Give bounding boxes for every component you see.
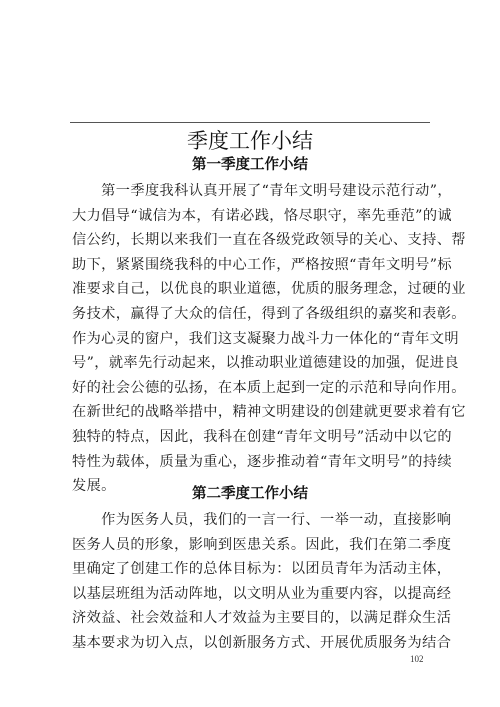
text-line: 特性为载体，质量为重心，逐步推动着“青年文明号”的持续 [72, 450, 430, 475]
text-line: 准要求自己，以优良的职业道德，优质的服务理念，过硬的业 [72, 277, 430, 302]
text-line: 务技术，赢得了大众的信任，得到了各级组织的嘉奖和表彰。 [72, 302, 430, 327]
text-line: 好的社会公德的弘扬，在本质上起到一定的示范和导向作用。 [72, 376, 430, 401]
header-rule [70, 122, 430, 123]
page-number: 102 [410, 654, 424, 664]
section-body-q2: 作为医务人员，我们的一言一行、一举一动，直接影响 医务人员的形象，影响到医患关系… [72, 508, 430, 656]
text-line: 基本要求为切入点，以创新服务方式、开展优质服务为结合 [72, 631, 430, 656]
text-line: 济效益、社会效益和人才效益为主要目的，以满足群众生活 [72, 606, 430, 631]
text-line: 作为心灵的窗户，我们这支凝聚力战斗力一体化的“青年文明 [72, 327, 430, 352]
text-line: 医务人员的形象，影响到医患关系。因此，我们在第二季度 [72, 533, 430, 558]
text-line: 信公约，长期以来我们一直在各级党政领导的关心、支持、帮 [72, 228, 430, 253]
document-title: 季度工作小结 [0, 128, 500, 154]
text-line: 在新世纪的战略举措中，精神文明建设的创建就更要求着有它 [72, 400, 430, 425]
text-line: 独特的特点，因此，我科在创建“青年文明号”活动中以它的 [72, 425, 430, 450]
text-line: 大力倡导“诚信为本，有诺必践，恪尽职守，率先垂范”的诚 [72, 204, 430, 229]
text-line: 以基层班组为活动阵地，以文明从业为重要内容，以提高经 [72, 582, 430, 607]
section-heading-q1: 第一季度工作小结 [0, 155, 500, 175]
text-line: 作为医务人员，我们的一言一行、一举一动，直接影响 [72, 508, 430, 533]
text-line: 助下，紧紧围绕我科的中心工作，严格按照“青年文明号”标 [72, 253, 430, 278]
text-line: 第一季度我科认真开展了“青年文明号建设示范行动”， [72, 179, 430, 204]
section-heading-q2: 第二季度工作小结 [0, 484, 500, 504]
section-body-q1: 第一季度我科认真开展了“青年文明号建设示范行动”， 大力倡导“诚信为本，有诺必践… [72, 179, 430, 499]
text-line: 里确定了创建工作的总体目标为：以团员青年为活动主体， [72, 557, 430, 582]
text-line: 号”，就率先行动起来，以推动职业道德建设的加强，促进良 [72, 351, 430, 376]
